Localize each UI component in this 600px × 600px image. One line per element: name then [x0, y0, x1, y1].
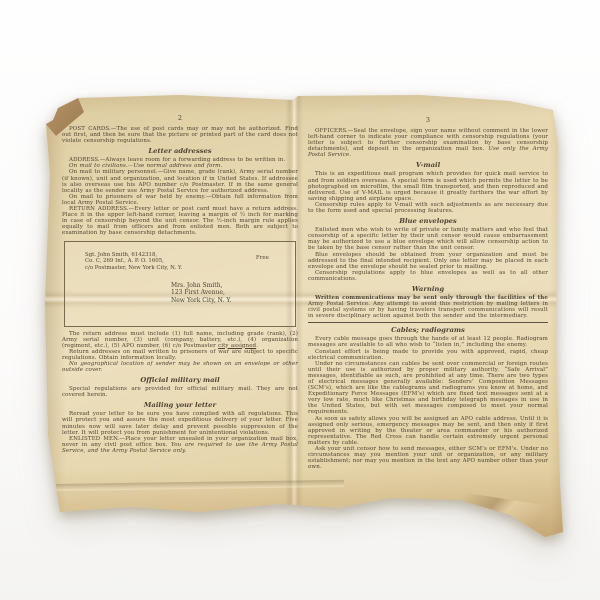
heading-warning: Warning [308, 285, 548, 293]
warning-rest-text: Army Postal Service. Any attempt to avoi… [308, 301, 548, 319]
pow-return-paragraph: Return addresses on mail written to pris… [62, 349, 298, 361]
bottom-left-crease [44, 480, 344, 491]
page-number: 3 [308, 116, 548, 124]
reread-paragraph: Reread your letter to be sure you have c… [62, 411, 298, 435]
warning-bold-text: Written communications may be sent only … [315, 295, 548, 301]
free-frank-mark: Free [256, 255, 269, 261]
paper-right-shading [550, 84, 566, 544]
recipient-line: Mrs. John Smith, [171, 282, 231, 290]
leaflet-paper: 2 POST CARDS.—The use of post cards may … [40, 84, 566, 544]
envelope-recipient-address: Mrs. John Smith, 123 First Avenue, New Y… [171, 282, 231, 305]
vmail-paragraph-1: This is an expeditious mail program whic… [308, 171, 548, 201]
heading-official-military-mail: Official military mail [62, 376, 298, 384]
cables-paragraph-4: As soon as safety allows you will be ass… [308, 416, 548, 446]
paper-top-shading [40, 84, 566, 114]
sender-line: c/o Postmaster, New York City, N. Y. [85, 265, 183, 272]
return-must-text: The return address must include (1) full… [62, 331, 298, 349]
heading-blue-envelopes: Blue envelopes [308, 217, 548, 225]
heading-letter-addresses: Letter addresses [62, 147, 298, 155]
page-3: 3 OFFICERS.—Seal the envelope, sign your… [308, 116, 548, 470]
section-divider-rule [308, 322, 548, 323]
page-number: 2 [62, 114, 298, 122]
heading-v-mail: V-mail [308, 161, 548, 169]
return-must-period: . [256, 343, 258, 349]
military-paragraph: On mail to military personnel.—Give name… [62, 169, 298, 193]
heading-cables-radiograms: Cables; radiograms [308, 326, 548, 334]
enlisted-men-paragraph: ENLISTED MEN.—Place your letter unsealed… [62, 436, 298, 454]
photo-background: 2 POST CARDS.—The use of post cards may … [0, 0, 600, 600]
vmail-paragraph-2: Censorship rules apply to V-mail with su… [308, 202, 548, 214]
geographic-paragraph: No geographical location of sender may b… [62, 361, 298, 373]
cables-paragraph-1: Every cable message goes through the han… [308, 336, 548, 348]
officers-paragraph: OFFICERS.—Seal the envelope, sign your n… [308, 128, 548, 158]
bottom-right-crease [408, 484, 561, 541]
recipient-line: 123 First Avenue, [171, 289, 231, 297]
city-assigned-underlined: city assigned [218, 343, 256, 349]
postcards-paragraph: POST CARDS.—The use of post cards may or… [62, 126, 298, 144]
envelope-sender-address: Sgt. John Smith, 6142318, Co. C, 269 Inf… [85, 252, 183, 272]
return-address-paragraph: RETURN ADDRESS.—Every letter or post car… [62, 206, 298, 236]
cables-paragraph-2: Constant effort is being made to provide… [308, 349, 548, 361]
warning-paragraph: Written communications may be sent only … [308, 295, 548, 319]
cables-paragraph-5: Ask your unit censor how to send message… [308, 446, 548, 470]
blue-paragraph-2: Blue envelopes should be obtained from y… [308, 252, 548, 270]
envelope-example: Sgt. John Smith, 6142318, Co. C, 269 Inf… [64, 241, 296, 327]
page-2: 2 POST CARDS.—The use of post cards may … [62, 114, 298, 454]
heading-mailing-your-letter: Mailing your letter [62, 401, 298, 409]
return-must-paragraph: The return address must include (1) full… [62, 331, 298, 349]
cables-paragraph-3: Under no circumstances can cables be sen… [308, 361, 548, 416]
sender-line: Co. C, 269 Inf., A. P. O. 1605, [85, 258, 183, 265]
blue-paragraph-1: Enlisted men who wish to write of privat… [308, 227, 548, 251]
recipient-line: New York City, N. Y. [171, 297, 231, 305]
sender-line: Sgt. John Smith, 6142318, [85, 252, 183, 259]
paper-sheet: 2 POST CARDS.—The use of post cards may … [40, 84, 566, 544]
blue-paragraph-3: Censorship regulations apply to blue env… [308, 270, 548, 282]
official-paragraph: Special regulations are provided for off… [62, 386, 298, 398]
prisoners-paragraph: On mail to prisoners of war held by enem… [62, 194, 298, 206]
bottom-flap-shading [40, 469, 566, 544]
